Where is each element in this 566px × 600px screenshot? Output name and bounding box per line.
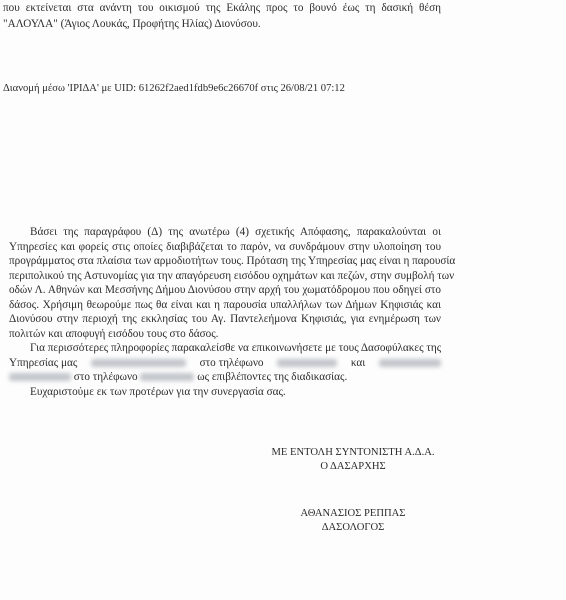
redacted-name-2	[379, 359, 441, 367]
text-fragment: ως επιβλέποντες της διαδικασίας.	[197, 371, 347, 383]
redacted-name-2-cont	[9, 373, 71, 381]
intro-line-2: "ΑΛΟΥΛΑ" (Άγιος Λουκάς, Προφήτης Ηλίας) …	[3, 17, 261, 31]
distribution-line: Διανομή μέσω 'ΙΡΙΔΑ' με UID: 61262f2aed1…	[3, 82, 345, 96]
paragraph-1-line: προγράμματος στα πλαίσια των αρμοδιοτήτω…	[9, 254, 441, 268]
signature-title: ΔΑΣΟΛΟΓΟΣ	[245, 521, 461, 535]
paragraph-2-line: Για περισσότερες πληροφορίες παρακαλείσθ…	[30, 341, 441, 355]
thanks-line: Ευχαριστούμε εκ των προτέρων για την συν…	[30, 385, 286, 399]
paragraph-1-line: Υπηρεσίες και φορείς στις οποίες διαβιβά…	[9, 240, 441, 254]
signature-role: Ο ΔΑΣΑΡΧΗΣ	[245, 460, 461, 474]
paragraph-1-line: Βάσει της παραγράφου (Δ) της ανωτέρω (4)…	[30, 225, 441, 239]
paragraph-1-line: Διονύσου στην περιοχή της εκκλησίας του …	[9, 312, 441, 326]
intro-line-1: που εκτείνεται στα ανάντη του οικισμού τ…	[3, 1, 441, 15]
paragraph-1-line: οδών Λ. Αθηνών και Μεσσήνης Δήμου Διονύσ…	[9, 283, 441, 297]
signature-order-line: ΜΕ ΕΝΤΟΛΗ ΣΥΝΤΟΝΙΣΤΗ Α.Δ.Α.	[245, 446, 461, 460]
text-fragment: και	[351, 356, 365, 370]
paragraph-2-line-2: Υπηρεσίας μας στο τηλέφωνο και	[9, 356, 441, 370]
document-page: που εκτείνεται στα ανάντη του οικισμού τ…	[0, 0, 566, 600]
paragraph-2-line-3: στο τηλέφωνο ως επιβλέποντες της διαδικα…	[9, 370, 347, 384]
text-fragment: Υπηρεσίας μας	[9, 356, 77, 370]
paragraph-1-line: πολιτών και αποφυγή εισόδου τους στο δάσ…	[9, 327, 441, 341]
redacted-name-1	[91, 359, 186, 367]
signature-name: ΑΘΑΝΑΣΙΟΣ ΡΕΠΠΑΣ	[245, 507, 461, 521]
paragraph-1-line: δάσος. Χρήσιμη θεωρούμε πως θα είναι και…	[9, 298, 441, 312]
text-fragment: στο τηλέφωνο	[74, 371, 138, 383]
text-fragment: στο τηλέφωνο	[200, 356, 264, 370]
paragraph-1-line: περιπολικού της Αστυνομίας για την απαγό…	[9, 269, 441, 283]
redacted-phone-2	[140, 373, 194, 381]
redacted-phone-1	[277, 359, 337, 367]
